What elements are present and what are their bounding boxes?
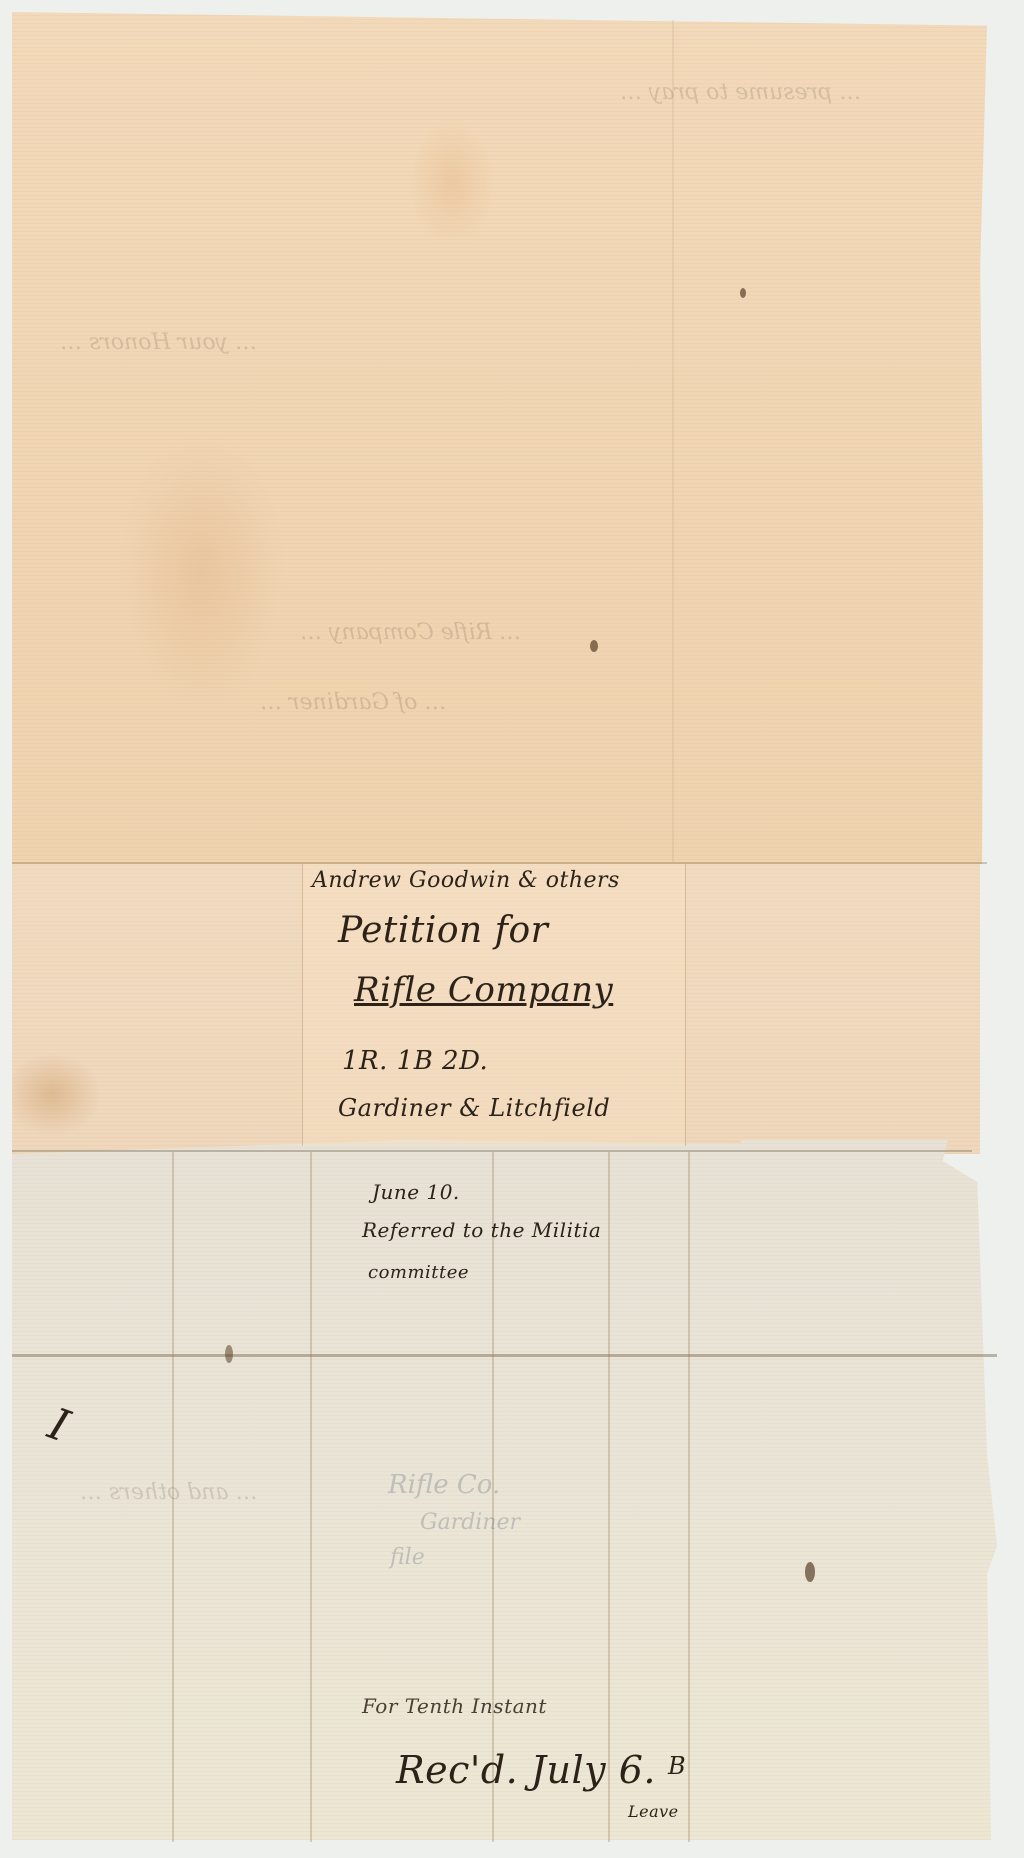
bleed-through-text: … of Gardiner …	[260, 690, 446, 715]
docket-title: Petition for	[338, 910, 548, 951]
ink-stain	[805, 1562, 815, 1582]
fold-line-vertical	[608, 1152, 610, 1842]
fold-line-vertical	[310, 1152, 312, 1842]
receipt-initial: B	[668, 1752, 686, 1780]
ink-stain	[740, 288, 746, 298]
pencil-note: file	[390, 1545, 425, 1570]
docket-subject: Rifle Company	[354, 970, 613, 1010]
receipt-note: For Tenth Instant	[362, 1694, 547, 1718]
paper-upper-panel	[12, 12, 987, 864]
referral-committee: committee	[368, 1262, 469, 1283]
fold-line-vertical	[672, 20, 674, 862]
pencil-note: Rifle Co.	[388, 1470, 500, 1500]
ink-stain	[225, 1345, 233, 1363]
ink-stain	[590, 640, 598, 652]
docket-towns: Gardiner & Litchfield	[338, 1094, 610, 1122]
pencil-note: Gardiner	[420, 1510, 520, 1535]
referral-text: Referred to the Militia	[362, 1218, 601, 1242]
receipt-leave-note: Leave	[628, 1802, 679, 1821]
fold-line-vertical	[688, 1152, 690, 1842]
bleed-through-text: … and others …	[80, 1480, 257, 1505]
fold-line-horizontal	[12, 1354, 997, 1357]
bleed-through-text: … presume to pray …	[620, 80, 861, 105]
receipt-date: Rec'd. July 6.	[396, 1748, 656, 1792]
docket-reading-code: 1R. 1B 2D.	[342, 1046, 488, 1076]
referral-date: June 10.	[372, 1180, 460, 1204]
bleed-through-text: … your Honors …	[60, 330, 257, 355]
docket-petitioner: Andrew Goodwin & others	[312, 868, 620, 893]
bleed-through-text: … Rifle Company …	[300, 620, 521, 645]
